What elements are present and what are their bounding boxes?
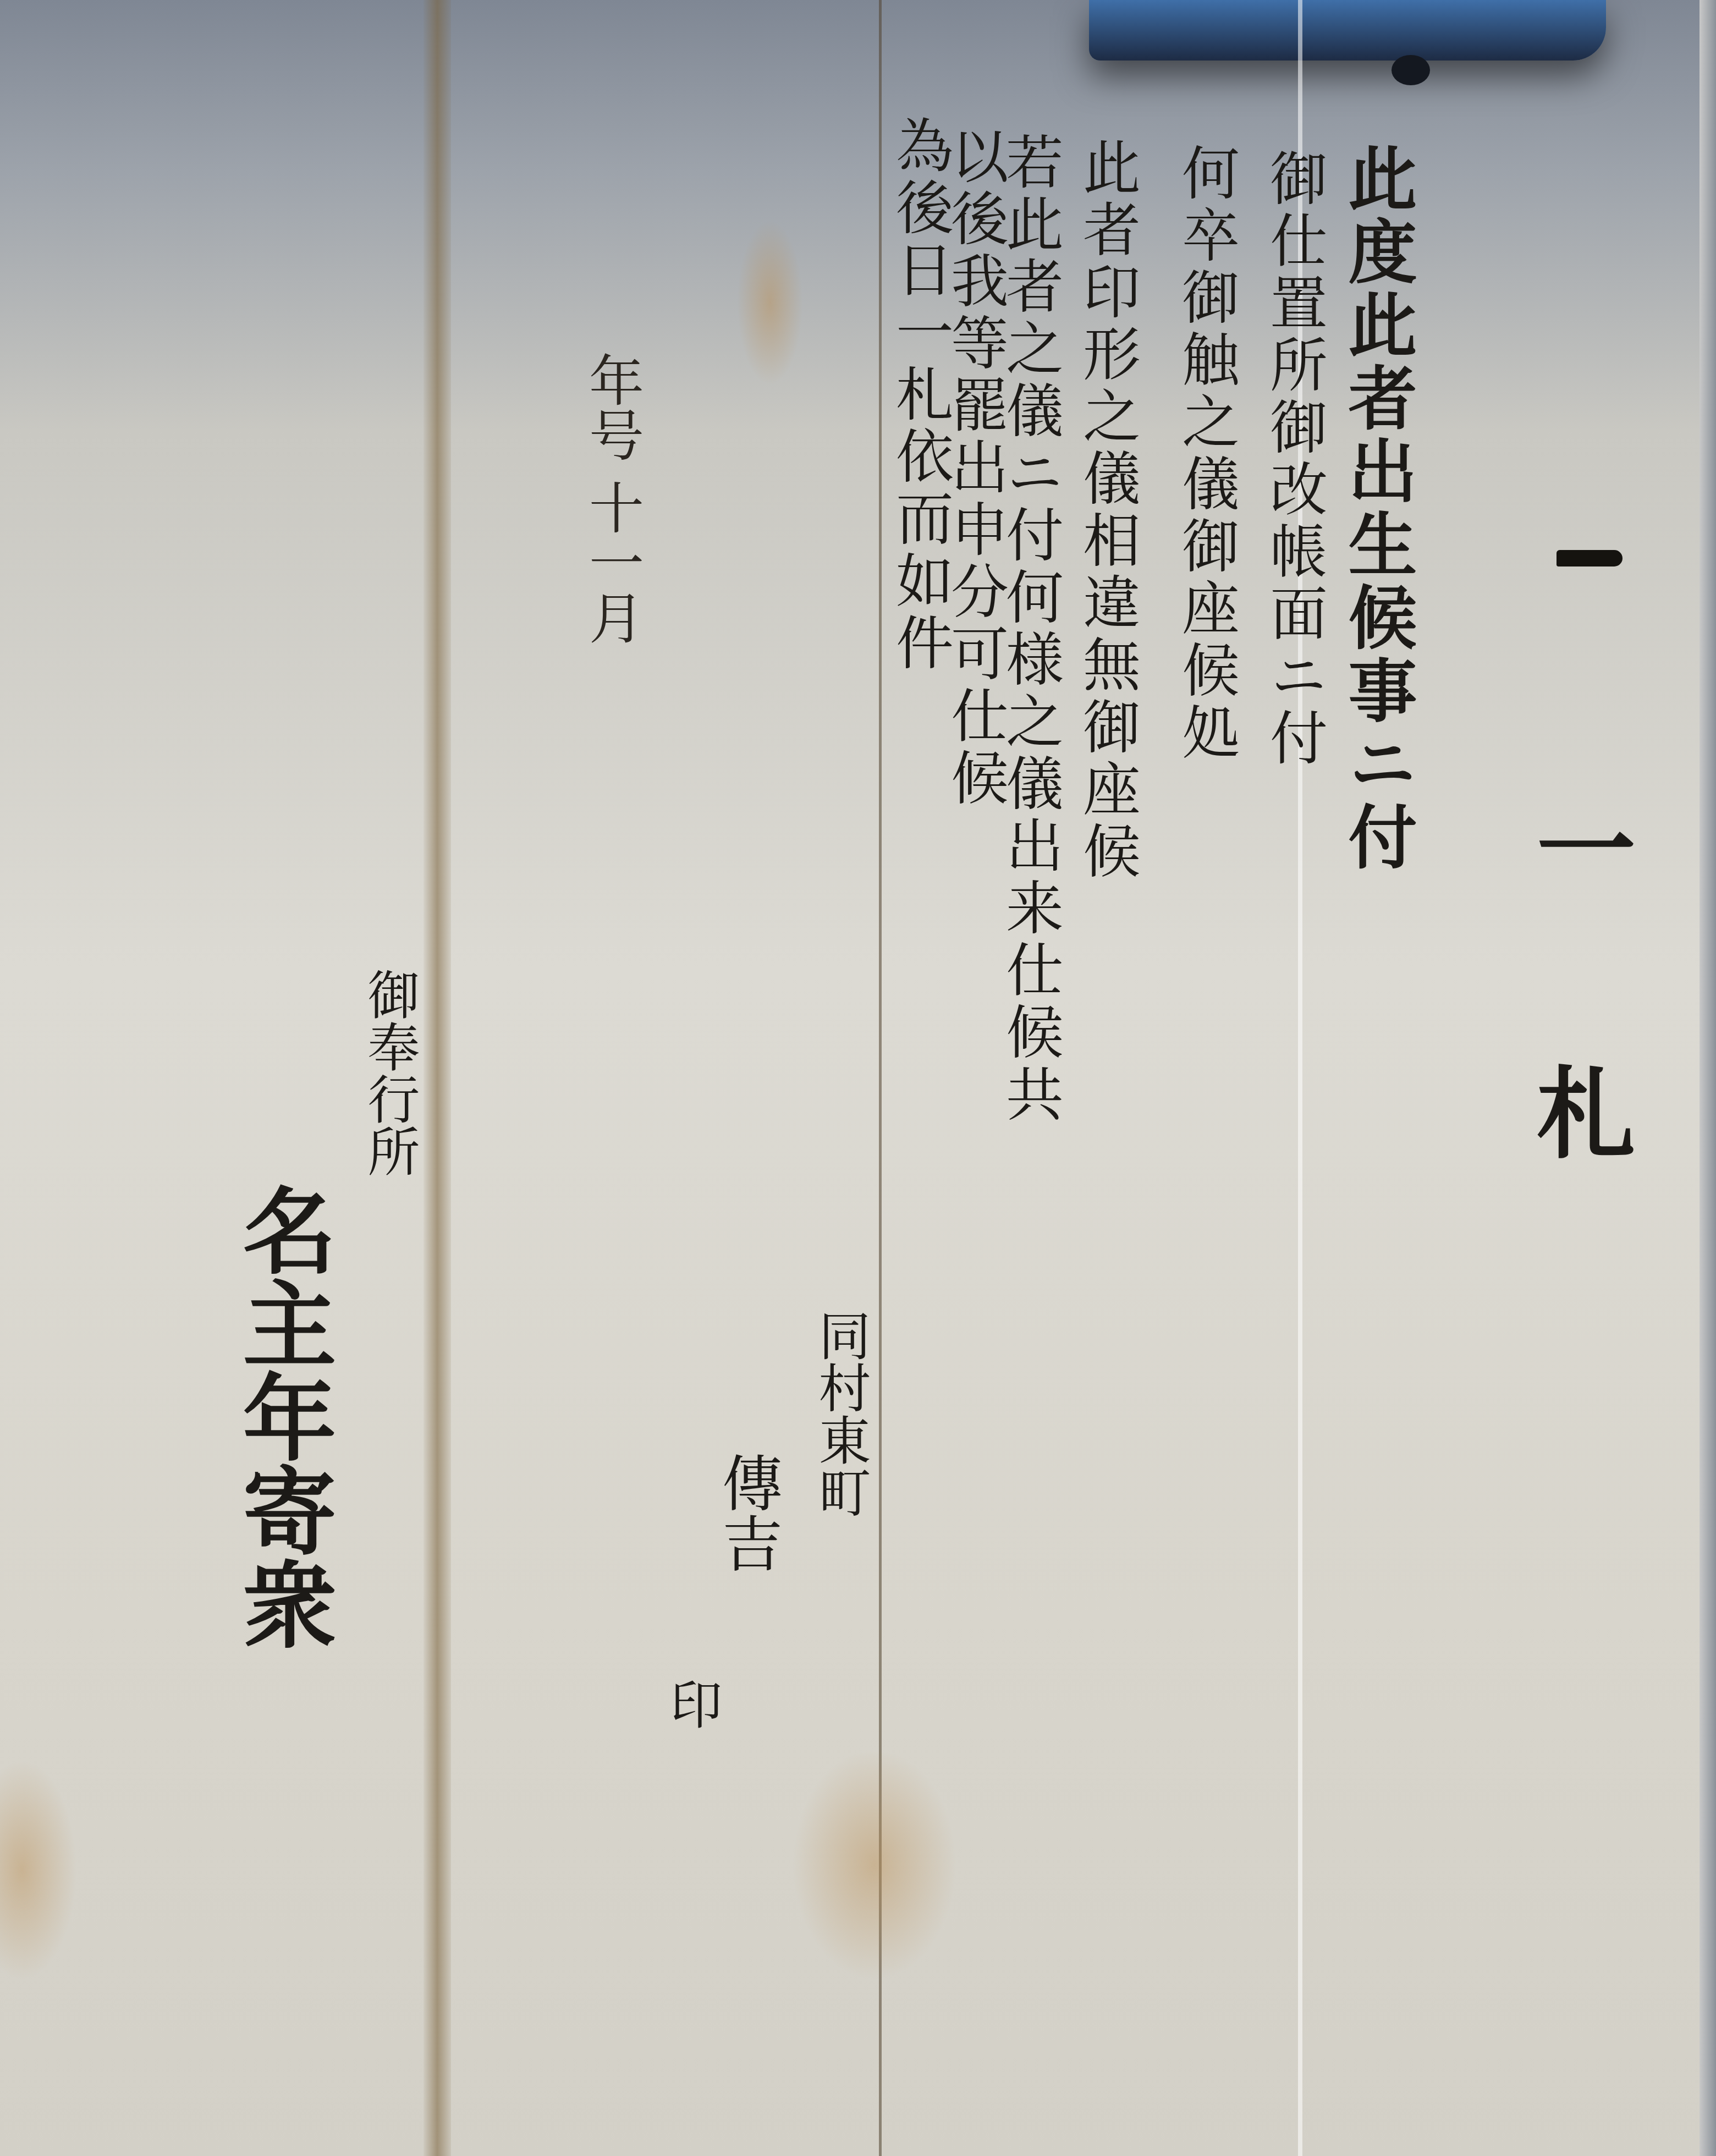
body-column-1: 此度此者出生候事ニ付 [1342,143,1411,875]
addressee-name: 名主年寄衆 [215,1182,349,1650]
sender-village: 同村東町 [803,1309,878,1518]
date-line: 年号 十一月 [572,352,651,645]
body-column-3: 何卒御触之儀御座候処 [1177,143,1235,765]
title-stroke-one [1557,550,1623,566]
fold-crease-left [424,0,451,2156]
addressee-prefix: 御奉行所 [352,968,427,1177]
water-stain [792,1749,957,1980]
body-column-7: 為後日一札依而如件 [891,116,949,675]
body-column-4: 此者印形之儀相違無御座候 [1078,137,1136,883]
paperweight-knob [1391,55,1430,85]
water-stain [737,220,803,385]
body-column-6: 以後我等罷出申分可仕候 [946,127,1004,810]
sender-seal: 印 [654,1678,729,1730]
document-title: 一札 [1507,798,1649,1325]
paperweight [1089,0,1606,61]
body-column-2: 御仕置所御改帳面ニ付 [1265,148,1323,770]
body-column-5: 若此者之儀ニ付何様之儀出来仕候共 [1001,132,1059,1126]
document-edge [1700,0,1716,2156]
sender-name: 傳吉 [704,1452,791,1573]
